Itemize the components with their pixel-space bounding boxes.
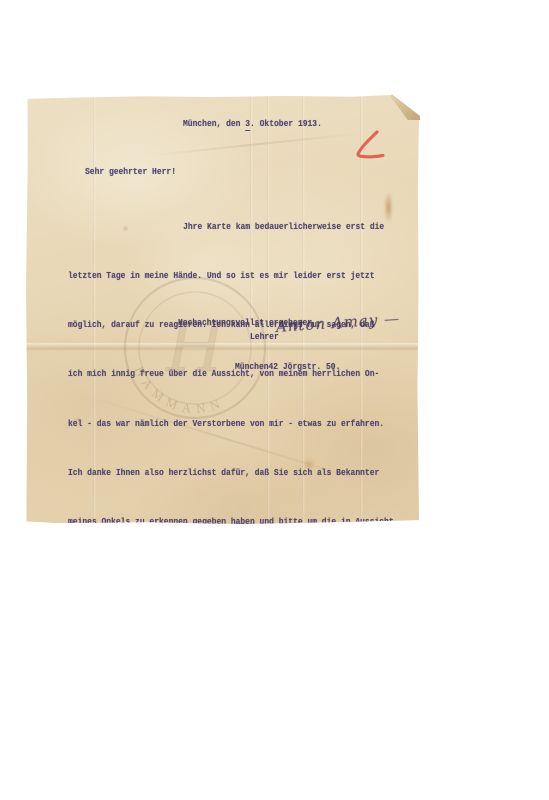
letter-scan-page: HAMMANN H München, den 3. Oktober 1913. … (0, 0, 549, 800)
body-line: Jhre Karte kam bedauerlicherweise erst d… (68, 219, 404, 235)
crease-line (146, 132, 365, 157)
signature-role: Lehrer (250, 331, 279, 342)
letter-paper: HAMMANN H München, den 3. Oktober 1913. … (26, 95, 419, 524)
red-check-mark (348, 128, 392, 164)
dateline: München, den 3. Oktober 1913. (183, 118, 322, 129)
body-line: letzten Tage in meine Hände. Und so ist … (68, 268, 404, 284)
signature-flourish: — (383, 309, 398, 328)
body-line: Ich danke Ihnen also herzlichst dafür, d… (68, 465, 404, 481)
body-line: meines Onkels zu erkennen gegeben haben … (68, 514, 404, 530)
stain-spot (240, 553, 243, 556)
stain-spot (358, 523, 362, 527)
dateline-prefix: München, den (183, 118, 245, 129)
body-line: kel - das war nämlich der Verstorbene vo… (68, 416, 404, 432)
letter-body: Jhre Karte kam bedauerlicherweise erst d… (68, 186, 404, 613)
address-line: München42 Jörgstr. 50. (235, 361, 340, 372)
body-line: gestellten Zeilen. (68, 563, 404, 579)
dateline-suffix: . Oktober 1913. (250, 118, 322, 129)
salutation: Sehr geehrter Herr! (85, 166, 176, 177)
